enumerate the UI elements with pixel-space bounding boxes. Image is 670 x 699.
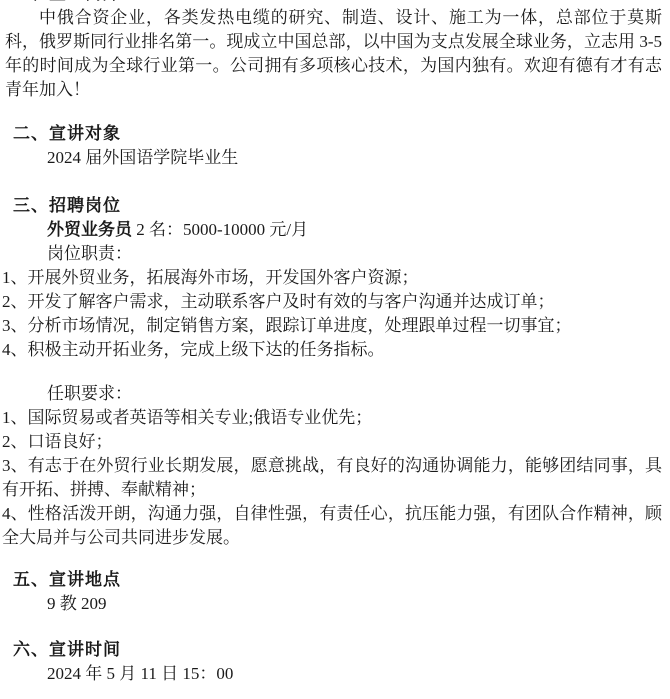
audience-text: 2024 届外国语学院毕业生 bbox=[47, 146, 662, 170]
document: 一、企业简介 中俄合资企业，各类发热电缆的研究、制造、设计、施工为一体，总部位于… bbox=[0, 0, 670, 699]
section-heading-audience: 二、宣讲对象 bbox=[13, 122, 662, 146]
position-title: 外贸业务员 bbox=[47, 220, 132, 239]
requirement-item: 4、性格活泼开朗，沟通力强，自律性强，有责任心，抗压能力强，有团队合作精神，顾全… bbox=[2, 502, 662, 550]
position-line: 外贸业务员 2 名：5000-10000 元/月 bbox=[47, 218, 662, 242]
section-heading-location: 五、宣讲地点 bbox=[13, 568, 662, 592]
section-recruit-positions: 三、招聘岗位 外贸业务员 2 名：5000-10000 元/月 岗位职责： 1、… bbox=[0, 194, 670, 550]
position-detail: 2 名：5000-10000 元/月 bbox=[132, 220, 308, 239]
section-time: 六、宣讲时间 2024 年 5 月 11 日 15：00 bbox=[0, 638, 670, 686]
time-text: 2024 年 5 月 11 日 15：00 bbox=[47, 662, 662, 686]
duty-item: 3、分析市场情况，制定销售方案，跟踪订单进度，处理跟单过程一切事宜； bbox=[2, 314, 662, 338]
duty-item: 2、开发了解客户需求，主动联系客户及时有效的与客户沟通并达成订单； bbox=[2, 290, 662, 314]
requirement-item: 1、国际贸易或者英语等相关专业;俄语专业优先； bbox=[2, 406, 662, 430]
section-heading-time: 六、宣讲时间 bbox=[13, 638, 662, 662]
company-intro-text: 中俄合资企业，各类发热电缆的研究、制造、设计、施工为一体，总部位于莫斯科，俄罗斯… bbox=[5, 6, 662, 102]
section-company-intro: 一、企业简介 中俄合资企业，各类发热电缆的研究、制造、设计、施工为一体，总部位于… bbox=[0, 0, 670, 102]
requirement-item: 2、口语良好； bbox=[2, 430, 662, 454]
location-text: 9 教 209 bbox=[47, 592, 662, 616]
section-audience: 二、宣讲对象 2024 届外国语学院毕业生 bbox=[0, 122, 670, 170]
section-heading-recruit-positions: 三、招聘岗位 bbox=[13, 194, 662, 218]
section-location: 五、宣讲地点 9 教 209 bbox=[0, 568, 670, 616]
requirement-item: 3、有志于在外贸行业长期发展，愿意挑战，有良好的沟通协调能力，能够团结同事，具有… bbox=[2, 454, 662, 502]
duty-item: 1、开展外贸业务，拓展海外市场，开发国外客户资源； bbox=[2, 266, 662, 290]
duties-label: 岗位职责： bbox=[47, 242, 662, 266]
requirements-label: 任职要求： bbox=[47, 382, 662, 406]
duty-item: 4、积极主动开拓业务，完成上级下达的任务指标。 bbox=[2, 338, 662, 362]
